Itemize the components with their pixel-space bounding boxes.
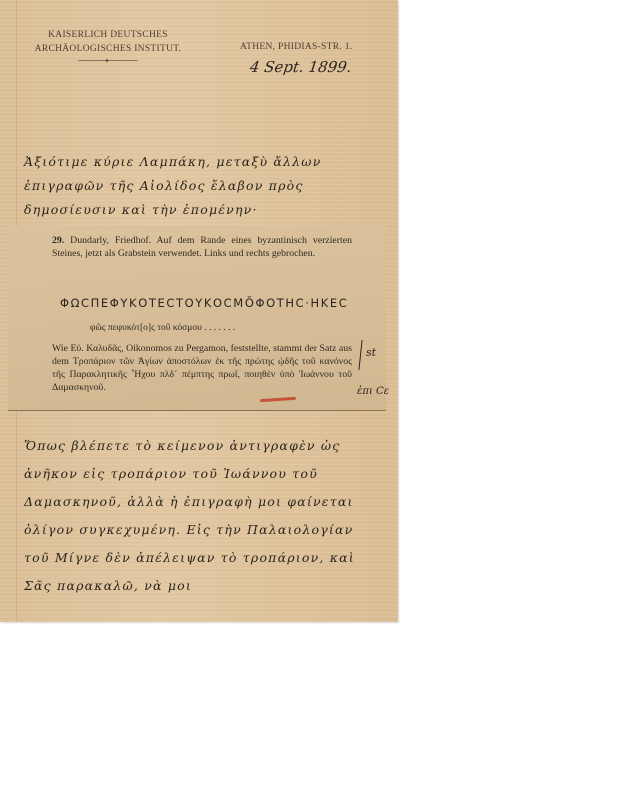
inscription-text: ΦΩCΠΕΦΥΚΟΤΕCΤΟΥΚΟCΜŌΦΟΤΗC·ΗΚΕC [60,296,348,310]
clipping-entry: 29. Dundarly, Friedhof. Auf dem Rande ei… [52,234,352,260]
printed-clipping: 29. Dundarly, Friedhof. Auf dem Rande ei… [8,226,386,411]
margin-note-2: ἐπι Cε [357,386,389,397]
clipping-commentary: Wie Eὐ. Καλυδᾶς, Oikonomos zu Pergamon, … [52,342,352,394]
ornament-rule-icon [78,60,138,61]
margin-note-1: st [366,346,376,359]
institution-line-1: Kaiserlich Deutsches [28,28,188,42]
entry-text: Dundarly, Friedhof. Auf dem Rande eines … [52,235,352,259]
handwritten-intro: Ἀξιότιμε κύριε Λαμπάκη, μεταξὺ ἄλλων ἐπι… [24,150,384,222]
letter-date: 4 Sept. 1899. [249,58,353,76]
handwritten-body: Ὅπως βλέπετε τὸ κείμενον ἀντιγραφὲν ὡς ἀ… [24,432,384,600]
inscription-transliteration: φῶς πεφυκότ[ο]ς τοῦ κόσμου . . . . . . . [90,323,235,333]
red-underline-mark [260,397,296,403]
letter-page: Kaiserlich Deutsches Archäologisches Ins… [0,0,398,622]
letterhead-address: Athen, Phidias-Str. 1. [240,42,352,52]
entry-number: 29. [52,235,64,246]
letterhead-institution: Kaiserlich Deutsches Archäologisches Ins… [28,28,188,61]
